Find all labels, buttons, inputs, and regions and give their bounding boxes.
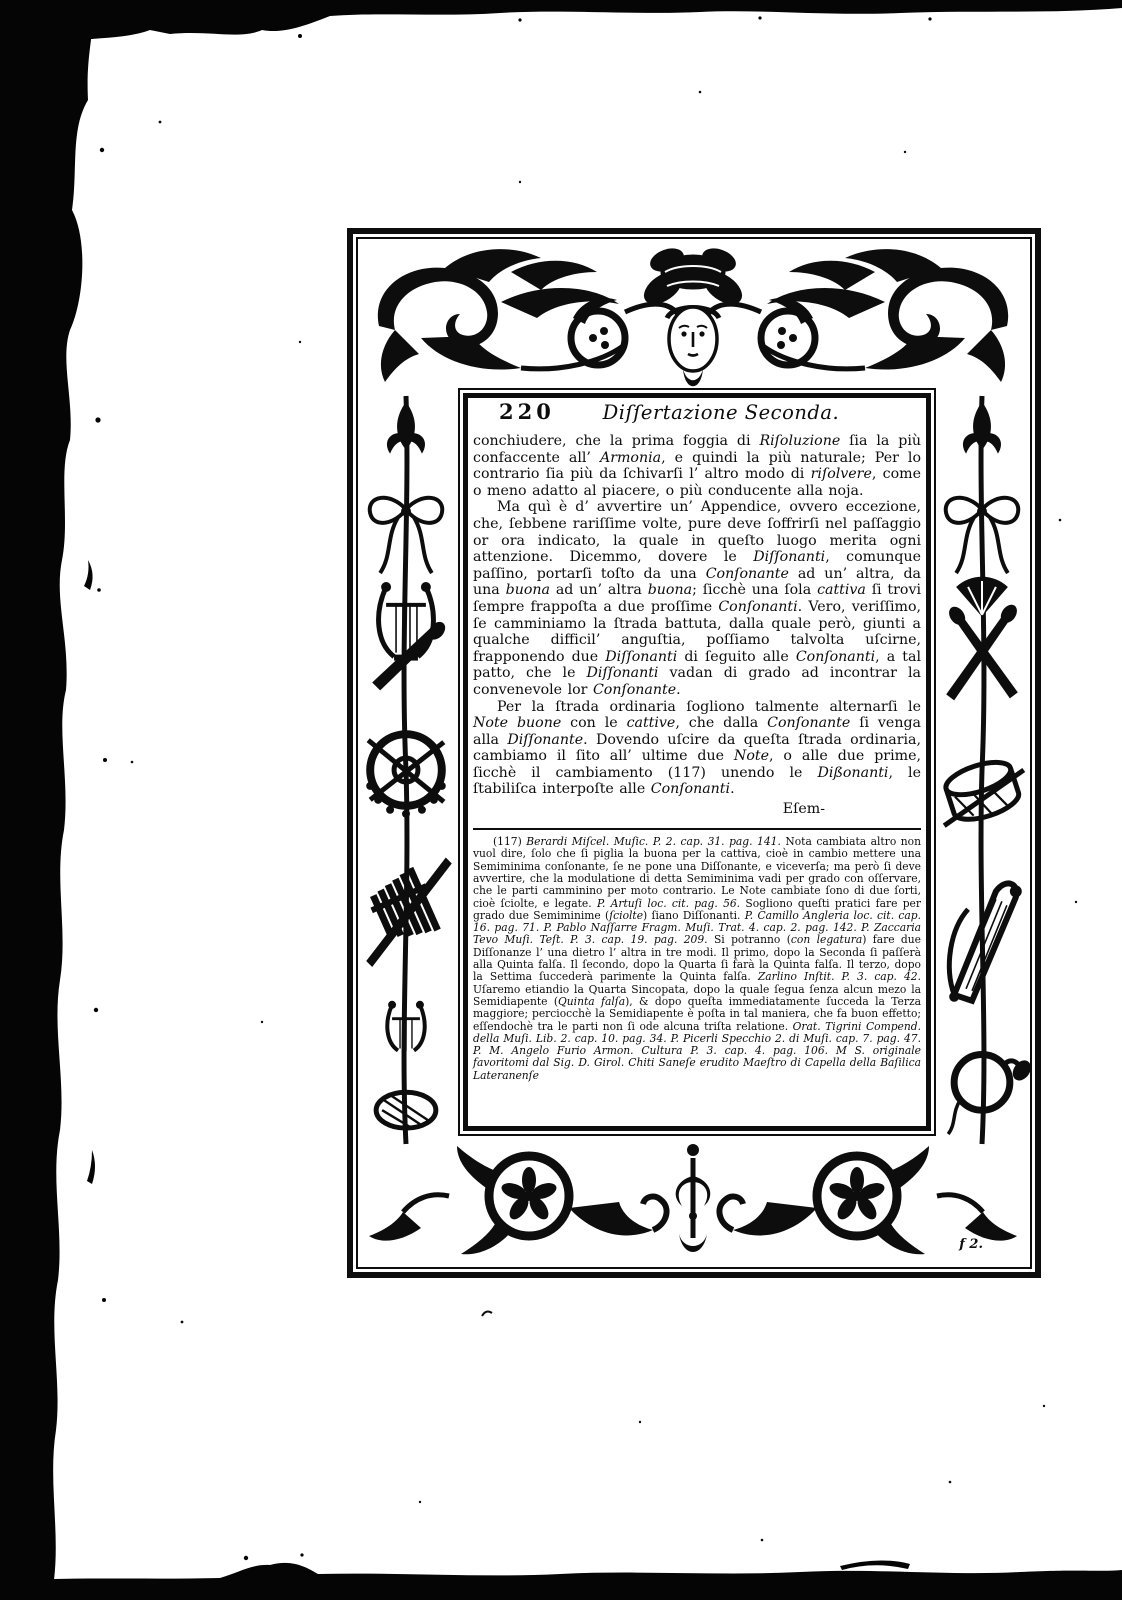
tailpiece-engraving <box>361 1138 1025 1264</box>
catchword: Eſem- <box>473 801 921 817</box>
footnote-rule <box>473 828 921 830</box>
right-musical-trophy-art <box>932 392 1032 1148</box>
left-musical-trophy-art <box>356 392 456 1148</box>
scan-edge-bottom-shape <box>0 1552 1122 1600</box>
text-block-content: 220 Diſſertazione Seconda. conchiudere, … <box>460 390 934 1134</box>
headpiece-foliage-mask-art <box>361 242 1025 392</box>
paragraph-2: Ma quì è d’ avvertire un’ Appendice, ovv… <box>473 499 921 698</box>
page-number: 220 <box>499 399 555 424</box>
paragraph-1: conchiudere, che la prima foggia di Riſo… <box>473 433 921 499</box>
paragraph-3: Per la ſtrada ordinaria ſogliono talment… <box>473 699 921 799</box>
text-block: 220 Diſſertazione Seconda. conchiudere, … <box>458 388 936 1136</box>
scan-edge-top <box>0 0 1122 52</box>
tailpiece-floral-scroll-art <box>361 1138 1025 1264</box>
signature-mark: f 2. <box>959 1237 983 1252</box>
main-text: conchiudere, che la prima foggia di Riſo… <box>473 433 921 798</box>
running-title: Diſſertazione Seconda. <box>555 401 921 424</box>
left-trophy-engraving <box>356 392 456 1148</box>
scan-edge-top-shape <box>0 0 1122 52</box>
scan-edge-left-shape <box>0 0 118 1600</box>
scanned-book-page: { "page": { "number": "220", "running_ti… <box>0 0 1122 1600</box>
scan-edge-bottom <box>0 1552 1122 1600</box>
ornamental-border-frame: 220 Diſſertazione Seconda. conchiudere, … <box>347 228 1041 1278</box>
page-header: 220 Diſſertazione Seconda. <box>473 399 921 424</box>
ink-squiggle-mark <box>482 1312 492 1316</box>
headpiece-engraving <box>361 242 1025 392</box>
footnote-117: (117) Berardi Miſcel. Muſic. P. 2. cap. … <box>473 836 921 1082</box>
right-trophy-engraving <box>932 392 1032 1148</box>
scan-edge-left <box>0 0 118 1600</box>
